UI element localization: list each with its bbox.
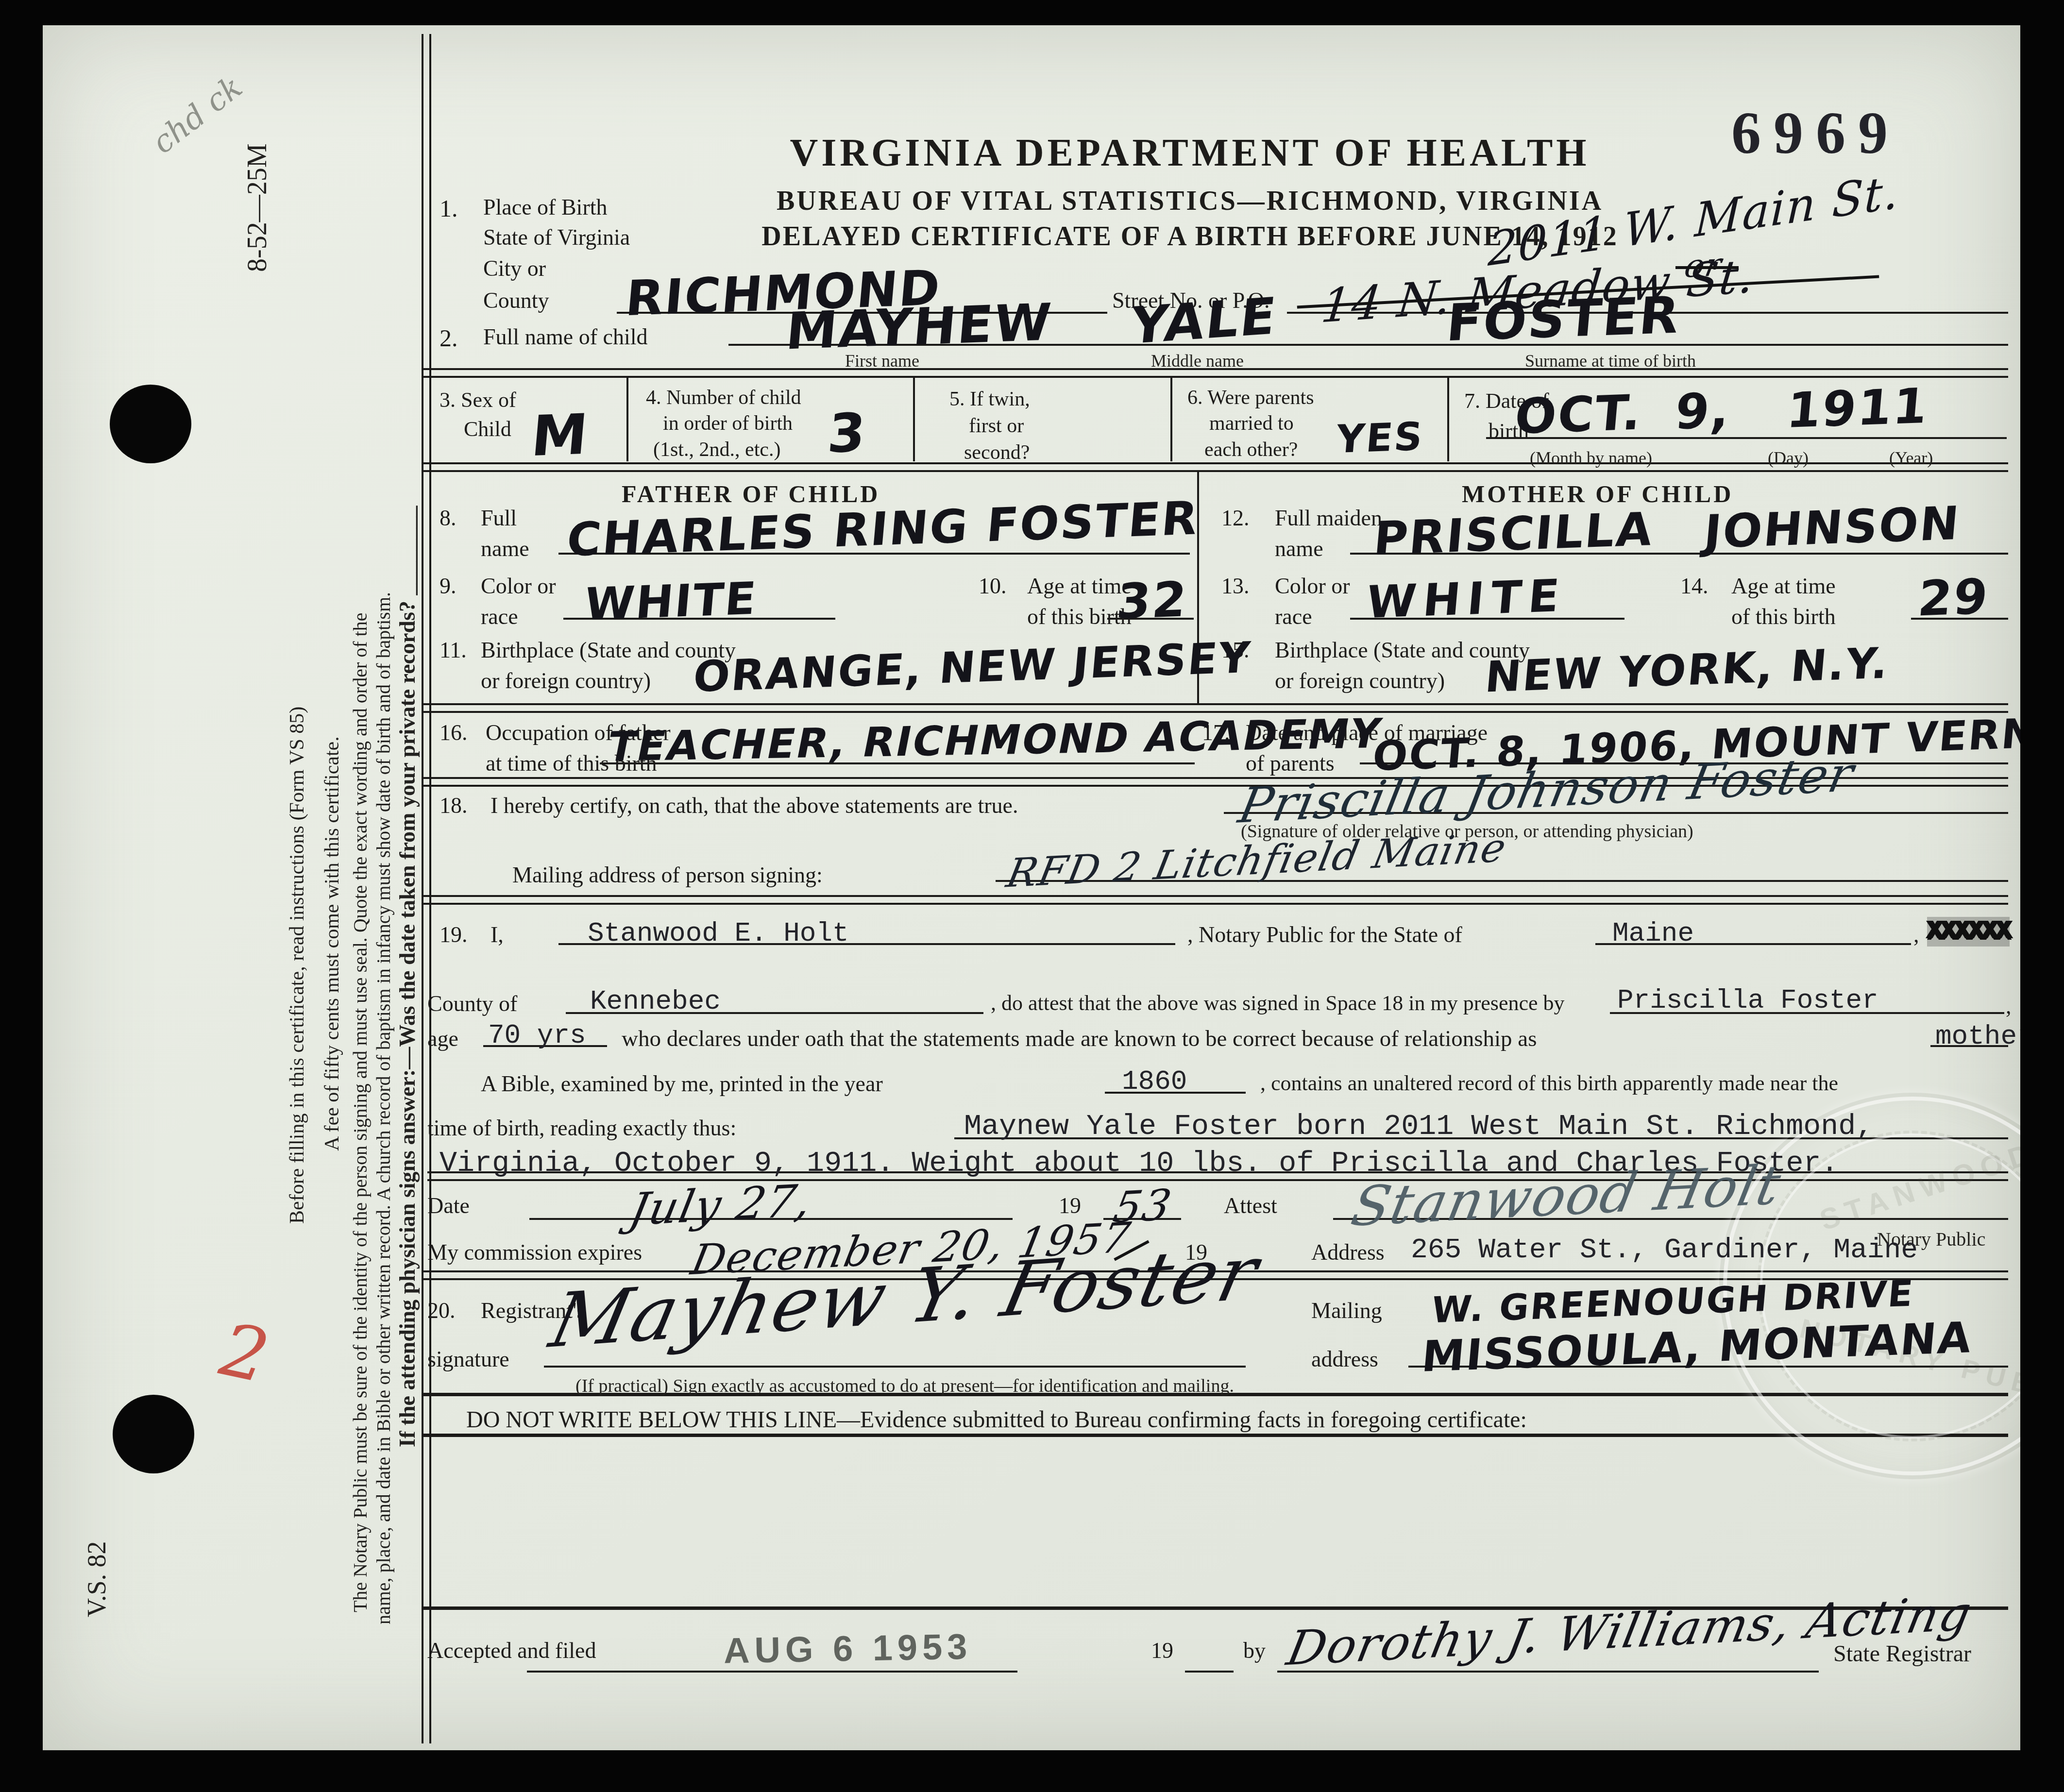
item1-county-label: County [483,287,549,313]
by-label: by [1243,1638,1266,1663]
signer-age-value: 70 yrs [488,1020,586,1051]
item5-label-3: second? [964,441,1030,464]
item19-number: 19. [440,922,468,947]
mother-maiden-first: PRISCILLA [1371,503,1656,566]
scan-border-left [0,0,43,1792]
notary-public-label: , Notary Public for the State of [1187,922,1462,947]
parents-married-value: YES [1335,414,1426,462]
reading-thus-label: time of birth, reading exactly thus: [427,1115,736,1141]
birth-year-value: 1911 [1784,377,1931,439]
form-rule [423,1434,2008,1437]
item9-label-2: race [481,604,518,629]
age-label: age [427,1026,458,1051]
item12-label-1: Full maiden [1275,505,1382,531]
sex-value: M [529,402,592,469]
item2-number: 2. [440,324,458,352]
birth-order-value: 3 [825,402,869,465]
year-caption: (Year) [1889,448,1933,468]
item13-label-1: Color or [1275,573,1350,599]
item6-label-2: married to [1209,412,1294,435]
bible-year-value: 1860 [1122,1066,1187,1097]
accepted-filed-label: Accepted and filed [427,1638,596,1663]
item16-number: 16. [440,720,468,745]
item2-label: Full name of child [483,324,648,350]
sign-exactly-caption: (If practical) Sign exactly as accustome… [575,1375,1234,1397]
item20-label-2: signature [427,1346,509,1372]
item8-label-2: name [481,536,529,561]
margin-note-notary-2: name, place, and date in Bible or other … [372,592,395,1624]
do-not-write-label: DO NOT WRITE BELOW THIS LINE—Evidence su… [466,1406,1527,1433]
form-rule [423,895,2008,897]
item14-number: 14. [1680,573,1709,599]
item1-city-or-label: City or [483,255,546,281]
item11-number: 11. [440,637,467,663]
item18-number: 18. [440,793,468,818]
day-caption: (Day) [1768,448,1809,468]
attest-statement-label: , do attest that the above was signed in… [991,991,1565,1015]
struck-out-text: XXXXXX [1927,917,2010,947]
item12-label-2: name [1275,536,1323,561]
margin-note-notary-1: The Notary Public must be sure of the id… [349,613,372,1612]
notary-name-value: Stanwood E. Holt [588,918,849,949]
father-age-value: 32 [1115,571,1190,630]
comma-text: , [1913,922,1919,947]
filing-date-stamp: AUG 6 1953 [723,1626,972,1672]
strike-mark [1675,266,1739,269]
comma-text: , [2006,993,2012,1019]
item20-number: 20. [427,1298,456,1323]
box-divider [913,378,915,461]
box-divider [626,378,628,461]
item14-label-2: of this birth [1731,604,1836,629]
address-label: Address [1311,1239,1385,1265]
form-border-line [429,34,431,1743]
birth-month-value: OCT. [1512,384,1645,445]
item4-label-1: 4. Number of child [646,386,801,409]
item12-number: 12. [1221,505,1250,531]
form-rule [544,1366,1246,1368]
form-rule [1185,1671,1234,1673]
father-race-value: WHITE [583,573,760,630]
bible-statement-continued: , contains an unaltered record of this b… [1260,1071,1838,1096]
item6-label-1: 6. Were parents [1187,386,1314,409]
form-rule [423,703,2008,705]
mother-race-value: WHITE [1365,570,1568,628]
item3-label-2: Child [464,417,511,441]
signer-name-value: Priscilla Foster [1617,985,1878,1016]
child-surname: FOSTER [1444,286,1683,353]
child-middle-name: YALE [1128,287,1280,355]
page-title: VIRGINIA DEPARTMENT OF HEALTH [607,131,1773,175]
mother-maiden-surname: JOHNSON [1702,497,1962,559]
item13-label-2: race [1275,604,1312,629]
attest-label: Attest [1224,1193,1277,1218]
item4-label-2: in order of birth [663,412,793,435]
item9-number: 9. [440,573,457,599]
notary-county-value: Kennebec [590,986,721,1017]
relationship-value: mother [1935,1021,2033,1052]
form-rule [423,470,2008,472]
notary-address-value: 265 Water St., Gardiner, Maine [1411,1234,1918,1266]
item9-label-1: Color or [481,573,556,599]
mailing-address-label: Mailing address of person signing: [512,862,823,888]
item1-number: 1. [440,194,458,222]
birth-day-value: 9, [1673,382,1733,440]
item5-label-2: first or [969,414,1024,438]
item20-mailing-label-2: address [1311,1346,1378,1372]
date-label: Date [427,1193,470,1218]
form-rule [423,903,2008,905]
item11-label-2: or foreign country) [481,668,651,693]
item15-label-2: or foreign country) [1275,668,1445,693]
bible-statement-label: A Bible, examined by me, printed in the … [481,1071,883,1097]
date-19-label: 19 [1059,1193,1081,1218]
margin-note-fee: A fee of fifty cents must come with this… [321,736,344,1151]
month-caption: (Month by name) [1530,448,1652,468]
item18-certify-label: I hereby certify, on cath, that the abov… [491,793,1018,818]
item14-label-1: Age at time [1731,573,1836,599]
item13-number: 13. [1221,573,1250,599]
item6-label-3: each other? [1204,438,1298,461]
item20-mailing-label-1: Mailing [1311,1298,1382,1323]
punch-hole-bottom [113,1395,194,1473]
child-first-name: MAYHEW [784,293,1055,361]
item1-state-label: State of Virginia [483,224,630,250]
county-of-label: County of [427,991,517,1016]
form-rule [527,1671,1017,1673]
relationship-statement-label: who declares under oath that the stateme… [622,1026,1537,1052]
form-border-line [422,34,423,1743]
item1-place-of-birth-label: Place of Birth [483,194,608,220]
scan-border-bottom [0,1750,2064,1792]
mother-age-value: 29 [1916,568,1992,627]
box-divider [1170,378,1172,461]
date-value: July 27, [625,1174,816,1235]
item10-number: 10. [979,573,1007,599]
margin-note-physician: If the attending physician signs answer:… [394,506,420,1447]
punch-hole-top [110,385,191,463]
commission-label: My commission expires [427,1239,642,1265]
margin-print-code: 8-52—25M [242,144,273,272]
form-rule [423,376,2008,378]
scanned-birth-certificate: STANWOOD NOTARY PUBLIC ★ chd ck 2 V.S. 8… [0,0,2064,1792]
item8-number: 8. [440,505,457,531]
margin-note-read-instructions: Before filling in this certificate, read… [286,707,309,1224]
item10-label-1: Age at time [1027,573,1132,599]
surname-caption: Surname at time of birth [1525,351,1696,371]
footer-19-label: 19 [1151,1638,1173,1663]
box-divider [1447,378,1449,461]
item8-label-1: Full [481,505,517,531]
item3-label-1: 3. Sex of [440,388,516,412]
bible-record-line-1: Maynew Yale Foster born 2011 West Main S… [964,1110,1873,1143]
item19-i-label: I, [491,922,504,947]
middle-name-caption: Middle name [1151,351,1244,371]
scan-border-right [2020,0,2064,1792]
scan-border-top [0,0,2064,25]
notary-state-value: Maine [1612,918,1694,949]
mother-section-header: MOTHER OF CHILD [1462,480,1733,508]
item5-label-1: 5. If twin, [949,388,1030,411]
margin-form-code: V.S. 82 [82,1541,112,1617]
item4-label-3: (1st., 2nd., etc.) [653,438,780,461]
